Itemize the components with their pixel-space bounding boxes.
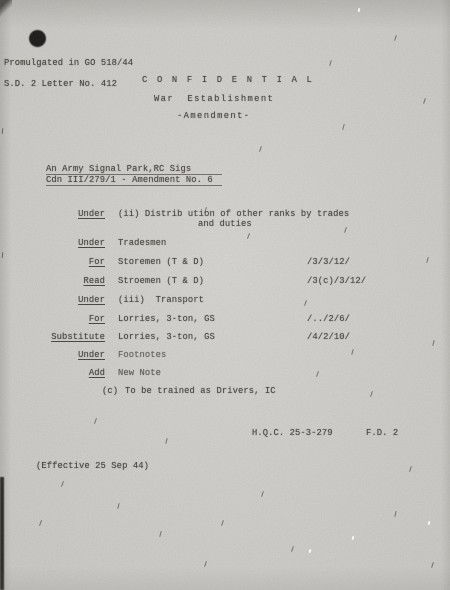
hq-reference: H.Q.C. 25-3-279 — [252, 428, 333, 438]
footnote-text: To be trained as Drivers, IC — [125, 386, 276, 396]
scan-speck — [427, 521, 430, 525]
amendment-keyword: For — [0, 257, 105, 267]
amendment-text: Tradesmen — [118, 238, 166, 248]
scan-speck — [358, 8, 361, 12]
promulgation-line: Promulgated in GO 518/44 — [4, 58, 133, 68]
scan-speck — [423, 98, 426, 104]
scan-edge-shadow — [0, 477, 4, 590]
unit-title: An Army Signal Park,RC Sigs — [46, 164, 222, 175]
amendment-value: /4/2/10/ — [307, 332, 350, 342]
scan-speck — [329, 60, 332, 66]
amendment-heading: -Amendment- — [177, 111, 250, 121]
amendment-text: Footnotes — [118, 350, 166, 360]
fd-reference: F.D. 2 — [366, 428, 398, 438]
amendment-row: Under Footnotes — [0, 350, 450, 360]
classification-heading: C O N F I D E N T I A L — [142, 75, 314, 85]
amendment-row: Substitute Lorries, 3-ton, GS /4/2/10/ — [0, 332, 450, 342]
amendment-text: New Note — [118, 368, 161, 378]
reference-line: Cdn III/279/1 - Amendment No. 6 — [46, 175, 222, 186]
scan-speck — [344, 227, 347, 233]
scan-speck — [261, 491, 264, 497]
amendment-keyword: Under — [0, 350, 105, 360]
scan-speck — [94, 418, 97, 424]
scan-speck — [342, 124, 345, 130]
amendment-text: (ii) Distrib ution of other ranks by tra… — [118, 209, 349, 229]
scan-speck — [409, 466, 412, 472]
amendment-text-line1: (ii) Distrib ution of other ranks by tra… — [118, 209, 349, 219]
scan-corner-shadow — [0, 0, 12, 18]
war-establishment-heading: War Establishment — [154, 94, 274, 104]
footnote-label: (c) — [102, 386, 118, 396]
scan-speck — [2, 128, 4, 134]
scan-speck — [39, 520, 42, 526]
amendment-text: Storemen (T & D) — [118, 257, 204, 267]
amendment-keyword: Under — [0, 209, 105, 219]
amendment-keyword: Substitute — [0, 332, 105, 342]
amendment-row: Under (iii) Transport — [0, 295, 450, 305]
scan-speck — [204, 561, 207, 567]
amendment-value: /3/3/12/ — [307, 257, 350, 267]
scan-speck — [165, 438, 168, 444]
footnote-row: (c) To be trained as Drivers, IC — [0, 386, 450, 396]
letter-number-line: S.D. 2 Letter No. 412 — [4, 79, 117, 89]
amendment-row: Read Stroemen (T & D) /3(c)/3/12/ — [0, 276, 450, 286]
amendment-keyword: Under — [0, 238, 105, 248]
scan-speck — [309, 549, 312, 553]
scan-speck — [159, 531, 162, 537]
document-page: Promulgated in GO 518/44 S.D. 2 Letter N… — [0, 0, 450, 590]
amendment-keyword: Read — [0, 276, 105, 286]
scan-speck — [431, 562, 434, 568]
amendment-value: /3(c)/3/12/ — [307, 276, 366, 286]
scan-speck — [394, 511, 397, 517]
amendment-text: (iii) Transport — [118, 295, 204, 305]
amendment-row: Add New Note — [0, 368, 450, 378]
scan-speck — [117, 503, 120, 509]
amendment-text-line2: and duties — [198, 219, 349, 229]
scan-speck — [291, 546, 294, 552]
scan-speck — [61, 481, 64, 487]
amendment-text: Stroemen (T & D) — [118, 276, 204, 286]
scan-speck — [221, 520, 224, 526]
scan-speck — [259, 146, 262, 152]
amendment-keyword: For — [0, 314, 105, 324]
amendment-value: /../2/6/ — [307, 314, 350, 324]
amendment-row: For Storemen (T & D) /3/3/12/ — [0, 257, 450, 267]
amendment-row: Under Tradesmen — [0, 238, 450, 248]
punch-hole-mark — [29, 30, 46, 47]
amendment-text: Lorries, 3-ton, GS — [118, 332, 215, 342]
amendment-keyword: Add — [0, 368, 105, 378]
amendment-text: Lorries, 3-ton, GS — [118, 314, 215, 324]
scan-speck — [351, 536, 354, 540]
effective-date: (Effective 25 Sep 44) — [36, 461, 149, 471]
scan-speck — [394, 35, 397, 41]
amendment-keyword: Under — [0, 295, 105, 305]
amendment-row: Under (ii) Distrib ution of other ranks … — [0, 209, 450, 219]
amendment-row: For Lorries, 3-ton, GS /../2/6/ — [0, 314, 450, 324]
